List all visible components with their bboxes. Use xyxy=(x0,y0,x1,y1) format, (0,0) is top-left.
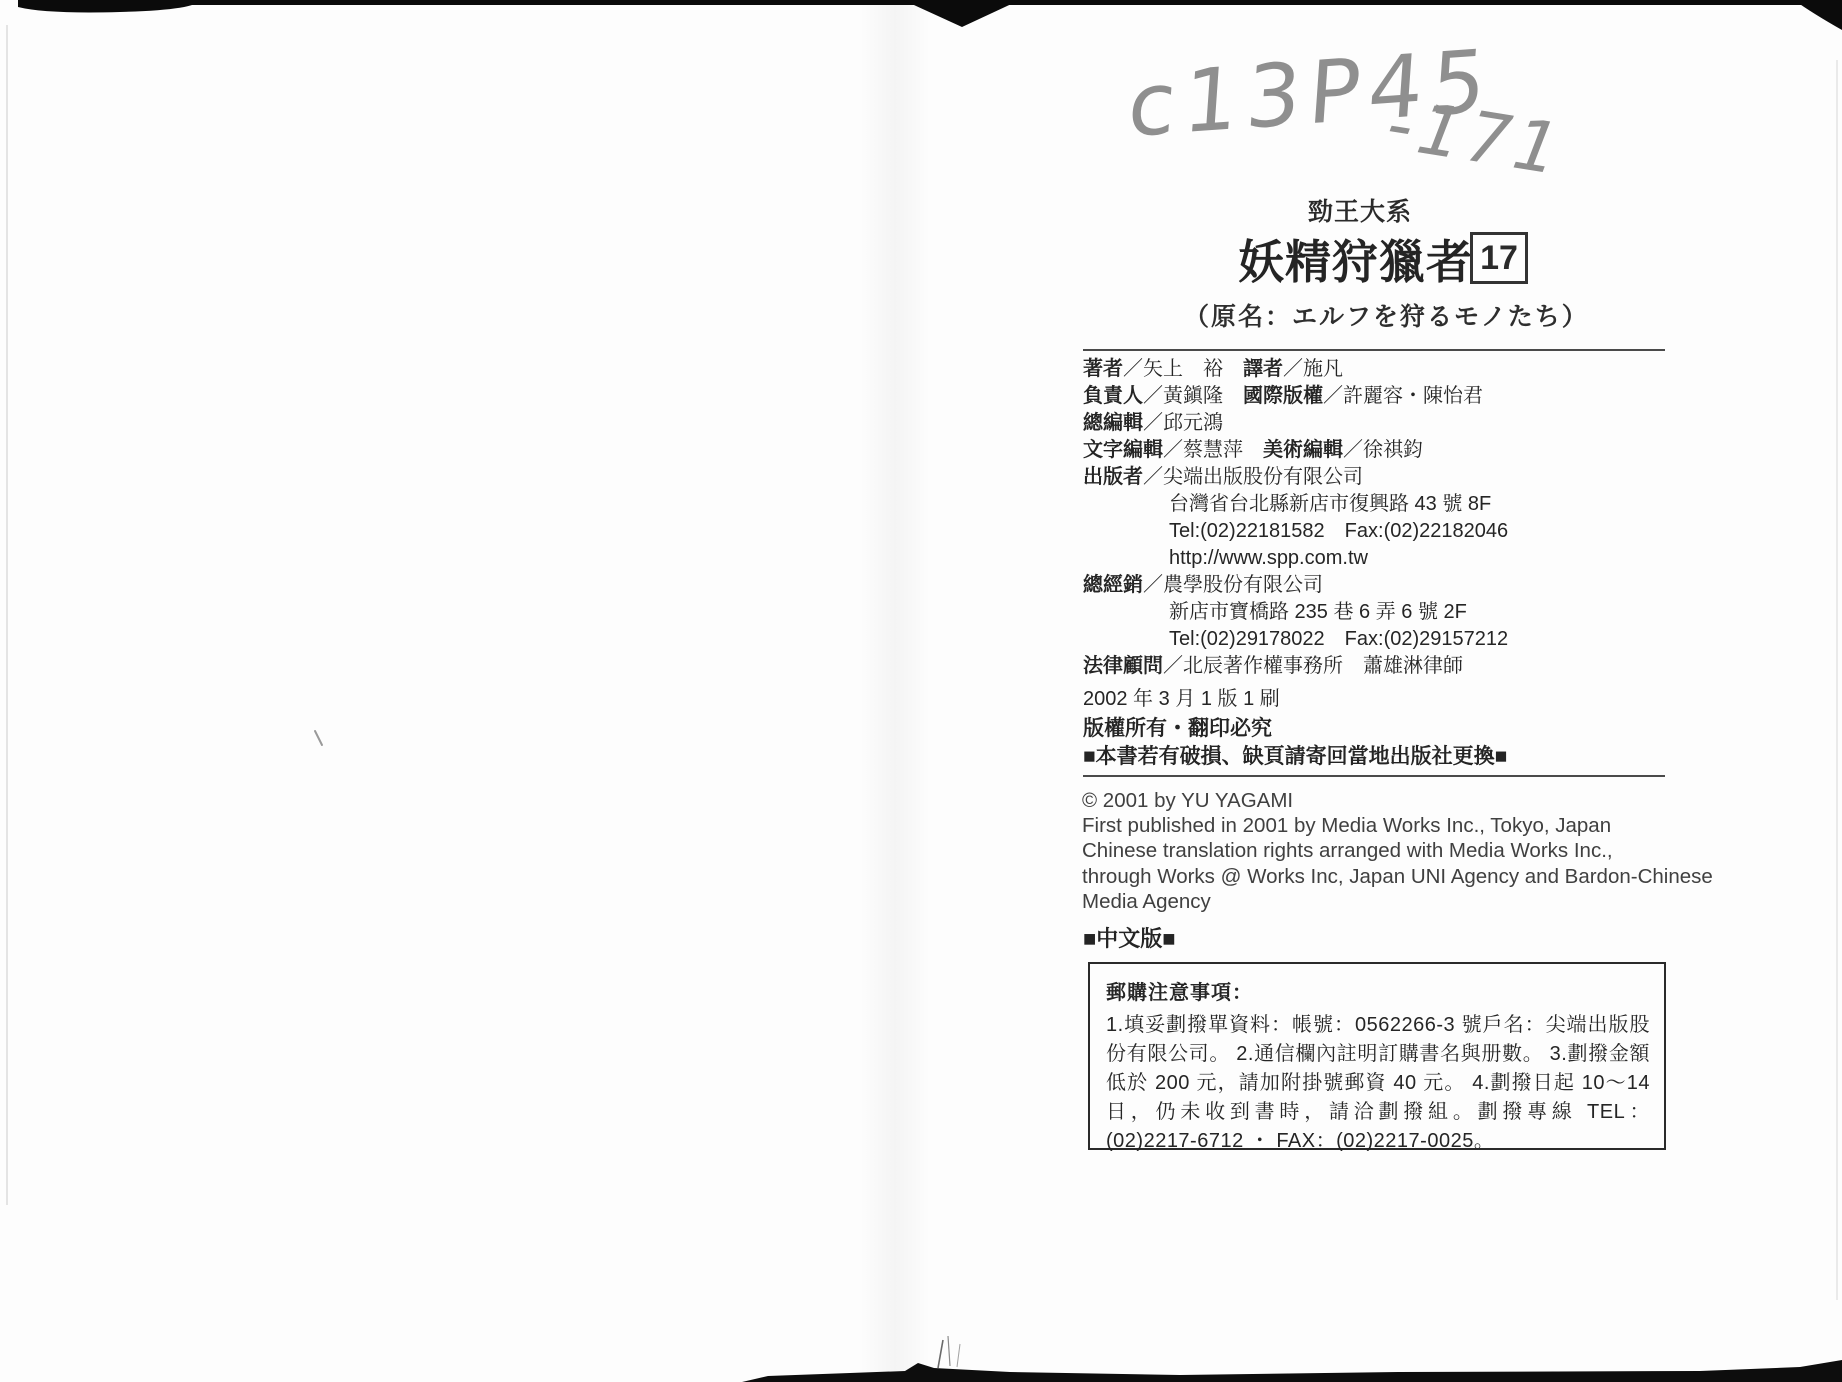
credit-value: ／施凡 xyxy=(1283,358,1343,380)
copyright-reserved-notice: 版權所有・翻印必究 xyxy=(1083,712,1272,742)
credit-role-label: 文字編輯 xyxy=(1083,439,1163,461)
chinese-edition-label: ■中文版■ xyxy=(1083,922,1176,953)
series-name: 勁王大系 xyxy=(1308,192,1412,228)
edition-line: 2002 年 3 月 1 版 1 刷 xyxy=(1083,682,1280,711)
original-japanese-title: （原名：エルフを狩るモノたち） xyxy=(1184,297,1589,333)
credit-line: 總編輯／邱元鴻 xyxy=(1083,410,1508,437)
credit-value: ／徐祺鈞 xyxy=(1343,439,1423,461)
credit-role-label: 譯者 xyxy=(1243,358,1283,380)
mail-order-title: 郵購注意事項： xyxy=(1106,976,1650,1005)
handwritten-annotation-line2: -171 xyxy=(1374,84,1577,190)
volume-number-badge: 17 xyxy=(1470,232,1528,284)
credit-role-label: 總經銷 xyxy=(1083,574,1143,596)
credit-value: ／矢上 裕 xyxy=(1123,358,1243,380)
credit-value: http://www.spp.com.tw xyxy=(1169,547,1368,569)
english-copyright-line: © 2001 by YU YAGAMI xyxy=(1082,788,1713,813)
credit-line: 新店市寶橋路 235 巷 6 弄 6 號 2F xyxy=(1083,599,1508,626)
english-copyright-line: Chinese translation rights arranged with… xyxy=(1082,838,1713,863)
credit-role-label: 總編輯 xyxy=(1083,412,1143,434)
credit-line: 文字編輯／蔡慧萍 美術編輯／徐祺鈞 xyxy=(1083,437,1508,464)
mail-order-body: 1.填妥劃撥單資料：帳號：0562266-3 號戶名：尖端出版股份有限公司。 2… xyxy=(1106,1011,1650,1156)
credit-line: 負責人／黃鎭隆 國際版權／許麗容・陳怡君 xyxy=(1083,383,1508,410)
credit-line: 著者／矢上 裕 譯者／施凡 xyxy=(1083,356,1508,383)
english-copyright-block: © 2001 by YU YAGAMIFirst published in 20… xyxy=(1082,788,1713,914)
damaged-copy-notice: ■本書若有破損、缺頁請寄回當地出版社更換■ xyxy=(1083,740,1507,770)
credit-line: 法律顧問／北辰著作權事務所 蕭雄淋律師 xyxy=(1083,653,1508,680)
credit-value: ／北辰著作權事務所 蕭雄淋律師 xyxy=(1163,655,1463,677)
credit-value: Tel:(02)22181582 Fax:(02)22182046 xyxy=(1169,520,1508,542)
credit-role-label: 著者 xyxy=(1083,358,1123,380)
credit-line: 總經銷／農學股份有限公司 xyxy=(1083,572,1508,599)
credit-role-label: 國際版權 xyxy=(1243,385,1323,407)
credit-value: ／尖端出版股份有限公司 xyxy=(1143,466,1363,488)
book-title: 妖精狩獵者 xyxy=(1238,226,1473,292)
credit-line: Tel:(02)29178022 Fax:(02)29157212 xyxy=(1083,626,1508,653)
book-colophon-page: c13P45 -171 勁王大系 妖精狩獵者 17 （原名：エルフを狩るモノたち… xyxy=(0,0,1842,1382)
credits-block: 著者／矢上 裕 譯者／施凡負責人／黃鎭隆 國際版權／許麗容・陳怡君總編輯／邱元鴻… xyxy=(1083,356,1508,680)
credit-role-label: 負責人 xyxy=(1083,385,1143,407)
credit-line: http://www.spp.com.tw xyxy=(1083,545,1508,572)
credit-role-label: 出版者 xyxy=(1083,466,1143,488)
english-copyright-line: First published in 2001 by Media Works I… xyxy=(1082,813,1713,838)
credit-line: Tel:(02)22181582 Fax:(02)22182046 xyxy=(1083,518,1508,545)
credit-value: ／邱元鴻 xyxy=(1143,412,1223,434)
credit-value: ／許麗容・陳怡君 xyxy=(1323,385,1483,407)
credit-line: 出版者／尖端出版股份有限公司 xyxy=(1083,464,1508,491)
credit-value: ／蔡慧萍 xyxy=(1163,439,1263,461)
credit-value: 新店市寶橋路 235 巷 6 弄 6 號 2F xyxy=(1169,601,1467,623)
english-copyright-line: Media Agency xyxy=(1082,889,1713,914)
credit-value: ／農學股份有限公司 xyxy=(1143,574,1323,596)
divider-top xyxy=(1083,349,1665,351)
stray-pen-mark xyxy=(312,728,326,750)
page-spine-shade xyxy=(860,0,930,1382)
credit-value: Tel:(02)29178022 Fax:(02)29157212 xyxy=(1169,628,1508,650)
credit-value: 台灣省台北縣新店市復興路 43 號 8F xyxy=(1169,493,1491,515)
credit-role-label: 美術編輯 xyxy=(1263,439,1343,461)
english-copyright-line: through Works @ Works Inc, Japan UNI Age… xyxy=(1082,864,1713,889)
credit-role-label: 法律顧問 xyxy=(1083,655,1163,677)
divider-bottom xyxy=(1083,775,1665,777)
credit-value: ／黃鎭隆 xyxy=(1143,385,1243,407)
credit-line: 台灣省台北縣新店市復興路 43 號 8F xyxy=(1083,491,1508,518)
mail-order-notice-box: 郵購注意事項： 1.填妥劃撥單資料：帳號：0562266-3 號戶名：尖端出版股… xyxy=(1088,962,1666,1150)
